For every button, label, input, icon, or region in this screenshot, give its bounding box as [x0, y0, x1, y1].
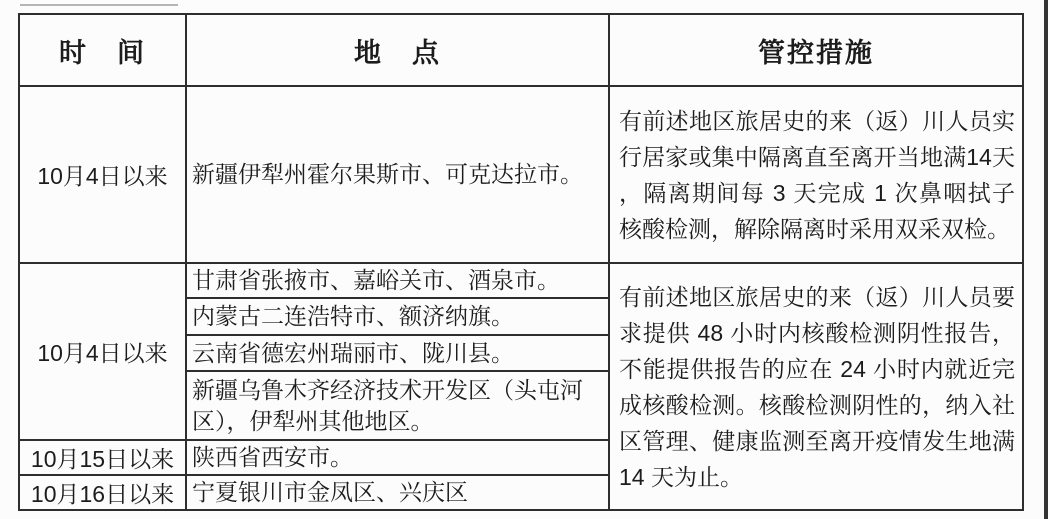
measures-cell-nucleic-test: 有前述地区旅居史的来（返）川人员要求提供 48 小时内核酸检测阴性报告，不能提供…: [609, 263, 1023, 510]
page-edge-line: [1044, 0, 1048, 519]
location-cell-ningxia: 宁夏银川市金凤区、兴庆区: [186, 475, 609, 510]
table-row: 10月4日以来 甘肃省张掖市、嘉峪关市、酒泉市。 有前述地区旅居史的来（返）川人…: [19, 263, 1023, 298]
time-cell-oct15: 10月15日以来: [19, 440, 186, 475]
location-cell-yunnan: 云南省德宏州瑞丽市、陇川县。: [186, 335, 609, 371]
location-cell-neimenggu: 内蒙古二连浩特市、额济纳旗。: [186, 298, 609, 335]
column-header-time: 时 间: [19, 14, 186, 86]
time-cell-oct16: 10月16日以来: [19, 475, 186, 510]
crop-artifact-line: [20, 4, 178, 6]
location-cell-xinjiang-yili: 新疆伊犁州霍尔果斯市、可克达拉市。: [186, 86, 609, 263]
column-header-measures: 管控措施: [609, 14, 1023, 86]
time-cell-oct4-second: 10月4日以来: [19, 263, 186, 440]
column-header-location: 地 点: [186, 14, 609, 86]
location-cell-shaanxi: 陕西省西安市。: [186, 440, 609, 475]
covid-control-measures-table: 时 间 地 点 管控措施 10月4日以来 新疆伊犁州霍尔果斯市、可克达拉市。 有…: [18, 13, 1024, 511]
table-row: 10月4日以来 新疆伊犁州霍尔果斯市、可克达拉市。 有前述地区旅居史的来（返）川…: [19, 86, 1023, 263]
location-cell-gansu: 甘肃省张掖市、嘉峪关市、酒泉市。: [186, 263, 609, 298]
location-cell-xinjiang-urumqi: 新疆乌鲁木齐经济技术开发区（头屯河区），伊犁州其他地区。: [186, 371, 609, 440]
time-cell-oct4-first: 10月4日以来: [19, 86, 186, 263]
measures-cell-quarantine: 有前述地区旅居史的来（返）川人员实行居家或集中隔离直至离开当地满14天，隔离期间…: [609, 86, 1023, 263]
table-header-row: 时 间 地 点 管控措施: [19, 14, 1023, 86]
screenshot-canvas: 时 间 地 点 管控措施 10月4日以来 新疆伊犁州霍尔果斯市、可克达拉市。 有…: [0, 0, 1048, 519]
